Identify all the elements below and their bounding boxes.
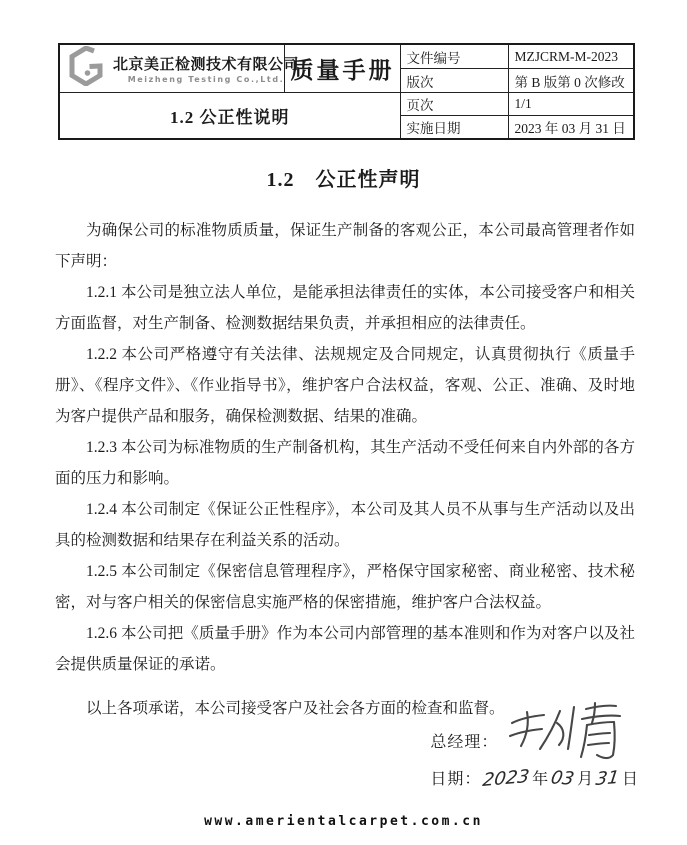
paragraph-1-2-2: 1.2.2 本公司严格遵守有关法律、法规规定及合同规定，认真贯彻执行《质量手册》… bbox=[55, 339, 635, 432]
meta-value-doc-number: MZJCRM-M-2023 bbox=[508, 44, 634, 69]
page-title: 1.2 公正性声明 bbox=[0, 163, 687, 192]
paragraph-intro: 为确保公司的标准物质质量，保证生产制备的客观公正，本公司最高管理者作如下声明： bbox=[55, 215, 635, 277]
document-header-table: 北京美正检测技术有限公司 Meizheng Testing Co.,Ltd. 质… bbox=[58, 43, 635, 140]
meta-label-effective-date: 实施日期 bbox=[400, 116, 508, 140]
document-page: 北京美正检测技术有限公司 Meizheng Testing Co.,Ltd. 质… bbox=[0, 0, 687, 845]
company-name-cn: 北京美正检测技术有限公司 bbox=[113, 53, 299, 74]
paragraph-1-2-5: 1.2.5 本公司制定《保密信息管理程序》，严格保守国家秘密、商业秘密、技术秘密… bbox=[55, 556, 635, 618]
company-identity-cell: 北京美正检测技术有限公司 Meizheng Testing Co.,Ltd. bbox=[59, 44, 284, 93]
paragraph-1-2-4: 1.2.4 本公司制定《保证公正性程序》，本公司及其人员不从事与生产活动以及出具… bbox=[55, 494, 635, 556]
meta-value-revision: 第 B 版第 0 次修改 bbox=[508, 69, 634, 93]
handwritten-month: 03 bbox=[549, 767, 576, 790]
website-url: www.amerientalcarpet.com.cn bbox=[0, 814, 687, 829]
paragraph-1-2-3: 1.2.3 本公司为标准物质的生产制备机构，其生产活动不受任何来自内外部的各方面… bbox=[55, 432, 635, 494]
section-title-cell: 1.2 公正性说明 bbox=[59, 93, 400, 140]
manual-title: 质量手册 bbox=[284, 44, 400, 93]
document-body: 为确保公司的标准物质质量，保证生产制备的客观公正，本公司最高管理者作如下声明： … bbox=[55, 215, 635, 724]
meta-label-page: 页次 bbox=[400, 93, 508, 116]
logo-dot bbox=[85, 70, 91, 76]
day-unit: 日 bbox=[622, 766, 638, 789]
paragraph-1-2-6: 1.2.6 本公司把《质量手册》作为本公司内部管理的基本准则和作为对客户以及社会… bbox=[55, 618, 635, 680]
paragraph-1-2-1: 1.2.1 本公司是独立法人单位，是能承担法律责任的实体，本公司接受客户和相关方… bbox=[55, 277, 635, 339]
handwritten-day: 31 bbox=[595, 767, 621, 790]
handwritten-signature bbox=[502, 699, 632, 766]
hexagon-g-logo-icon bbox=[66, 46, 106, 91]
handwritten-year: 2023 bbox=[482, 766, 531, 791]
month-unit: 月 bbox=[577, 766, 593, 789]
meta-label-revision: 版次 bbox=[400, 69, 508, 93]
meta-label-doc-number: 文件编号 bbox=[400, 44, 508, 69]
date-label: 日期： bbox=[430, 766, 481, 789]
meta-value-effective-date: 2023 年 03 月 31 日 bbox=[508, 116, 634, 140]
general-manager-label: 总经理： bbox=[430, 729, 498, 758]
company-name-en: Meizheng Testing Co.,Ltd. bbox=[128, 75, 285, 84]
year-unit: 年 bbox=[532, 766, 548, 789]
signature-block: 总经理： bbox=[430, 706, 639, 789]
meta-value-page: 1/1 bbox=[508, 93, 634, 116]
signature-date-line: 日期： 2023 年 03 月 31 日 bbox=[430, 766, 639, 789]
